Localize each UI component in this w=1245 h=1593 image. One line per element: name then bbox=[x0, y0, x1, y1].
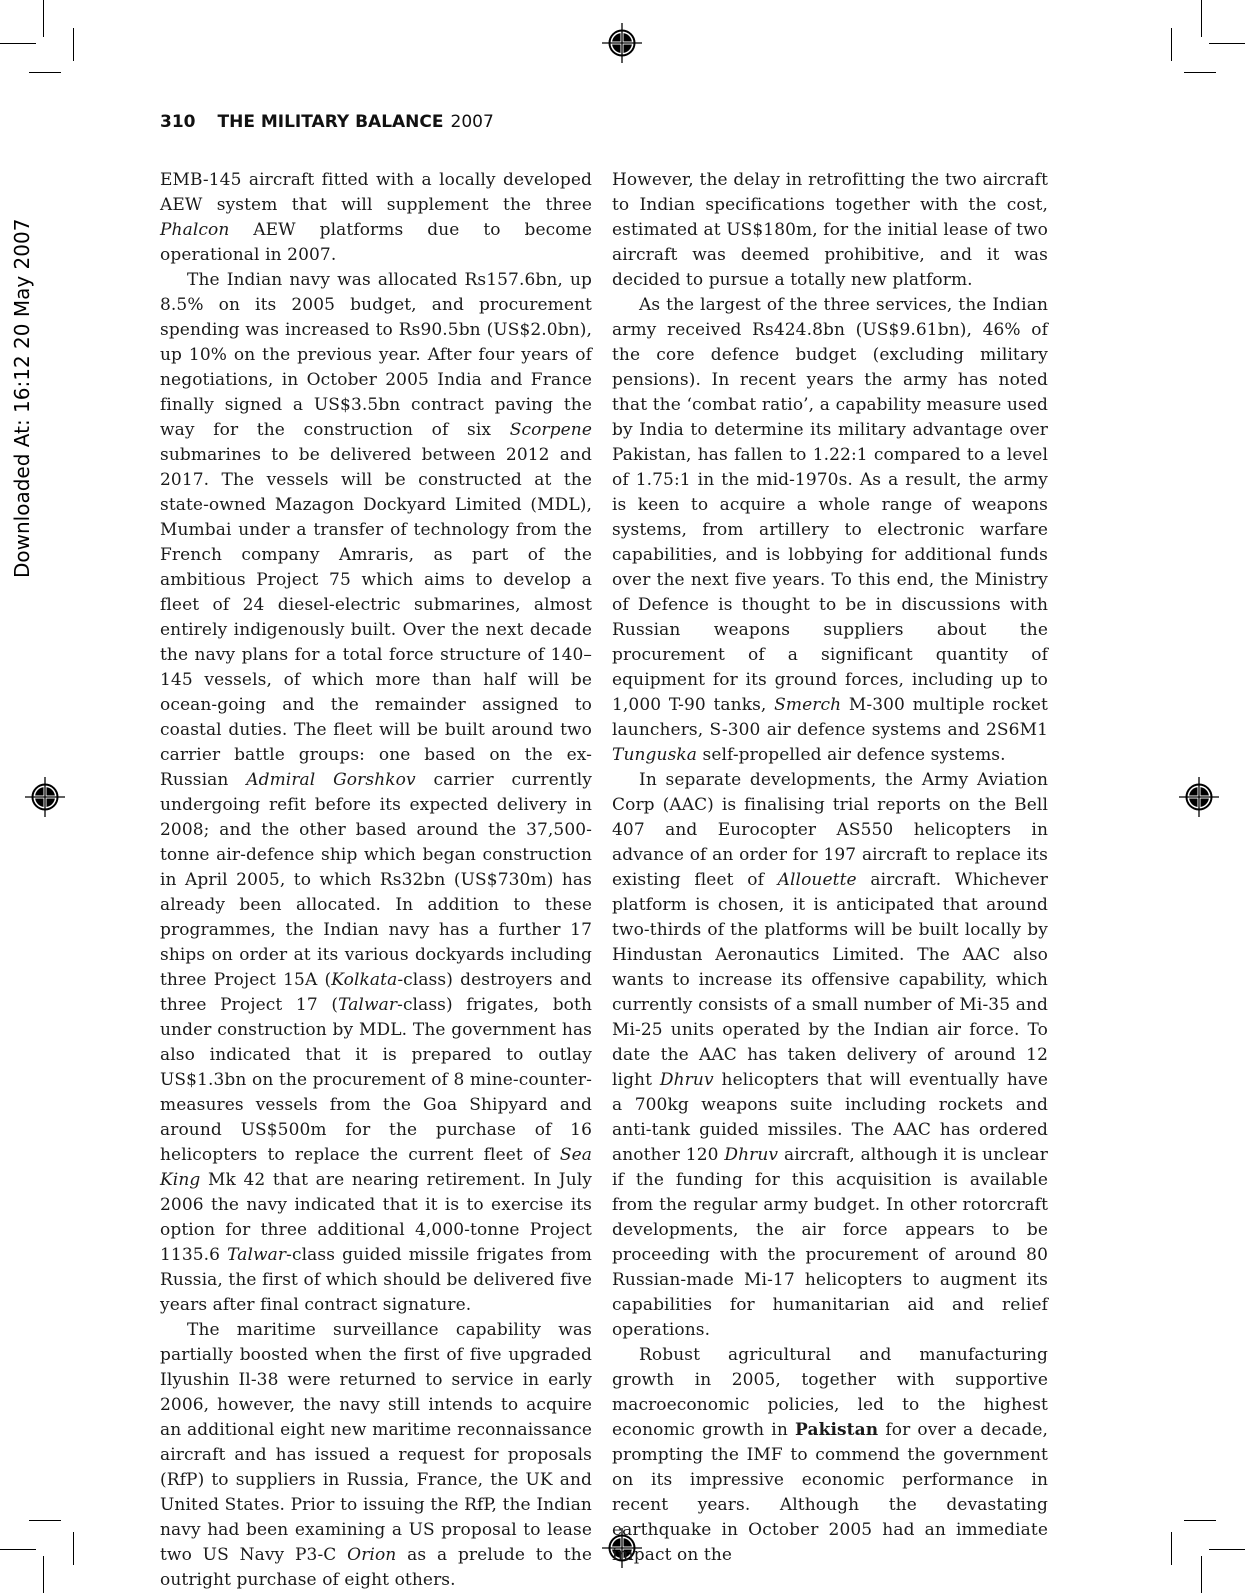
text-segment: self-propelled air defence systems. bbox=[697, 745, 1006, 765]
text-segment: carrier currently undergoing refit befor… bbox=[160, 770, 592, 990]
paragraph: However, the delay in retrofitting the t… bbox=[612, 168, 1048, 293]
crop-mark bbox=[1201, 1556, 1202, 1593]
text-segment: Talwar bbox=[227, 1245, 286, 1265]
crop-mark bbox=[1184, 72, 1216, 73]
paragraph: EMB-145 aircraft fitted with a locally d… bbox=[160, 168, 592, 268]
crop-mark bbox=[73, 1532, 74, 1565]
crop-mark bbox=[1171, 1532, 1172, 1565]
crop-mark bbox=[1209, 1549, 1245, 1550]
text-segment: Smerch bbox=[774, 695, 841, 715]
crop-mark bbox=[29, 72, 61, 73]
text-column-left: EMB-145 aircraft fitted with a locally d… bbox=[160, 168, 592, 1593]
registration-mark-icon bbox=[23, 775, 67, 819]
crop-mark bbox=[1201, 0, 1202, 37]
crop-mark bbox=[1184, 1520, 1216, 1521]
book-year: 2007 bbox=[451, 112, 494, 132]
crop-mark bbox=[0, 1549, 36, 1550]
text-segment: Scorpene bbox=[510, 420, 592, 440]
crop-mark bbox=[0, 43, 36, 44]
text-segment: However, the delay in retrofitting the t… bbox=[612, 170, 1048, 290]
page-number: 310 bbox=[160, 112, 196, 132]
download-timestamp-slug: Downloaded At: 16:12 20 May 2007 bbox=[10, 219, 34, 578]
text-segment: aircraft, although it is unclear if the … bbox=[612, 1145, 1048, 1340]
text-segment: Kolkata bbox=[331, 970, 397, 990]
crop-mark bbox=[1171, 28, 1172, 61]
text-segment: Talwar bbox=[338, 995, 397, 1015]
text-segment: Allouette bbox=[778, 870, 857, 890]
crop-mark bbox=[43, 1556, 44, 1593]
text-segment: submarines to be delivered between 2012 … bbox=[160, 445, 592, 790]
text-segment: -class) frigates, both under constructio… bbox=[160, 995, 592, 1165]
paragraph: The maritime surveillance capability was… bbox=[160, 1318, 592, 1593]
text-segment: EMB-145 aircraft fitted with a locally d… bbox=[160, 170, 592, 215]
text-segment: Phalcon bbox=[160, 220, 229, 240]
text-segment: As the largest of the three services, th… bbox=[612, 295, 1048, 715]
paragraph: As the largest of the three services, th… bbox=[612, 293, 1048, 768]
running-head: 310THE MILITARY BALANCE2007 bbox=[160, 112, 494, 132]
book-title: THE MILITARY BALANCE bbox=[218, 112, 444, 132]
text-segment: The maritime surveillance capability was… bbox=[160, 1320, 592, 1565]
text-segment: Pakistan bbox=[795, 1420, 878, 1440]
paragraph: In separate developments, the Army Aviat… bbox=[612, 768, 1048, 1343]
text-segment: Admiral Gorshkov bbox=[246, 770, 415, 790]
crop-mark bbox=[1209, 43, 1245, 44]
text-segment: The Indian navy was allocated Rs157.6bn,… bbox=[160, 270, 592, 440]
crop-mark bbox=[73, 28, 74, 61]
registration-mark-icon bbox=[600, 21, 644, 65]
crop-mark bbox=[43, 0, 44, 37]
text-column-right: However, the delay in retrofitting the t… bbox=[612, 168, 1048, 1568]
paragraph: The Indian navy was allocated Rs157.6bn,… bbox=[160, 268, 592, 1318]
text-segment: Tunguska bbox=[612, 745, 697, 765]
registration-mark-icon bbox=[1177, 775, 1221, 819]
paragraph: Robust agricultural and manufacturing gr… bbox=[612, 1343, 1048, 1568]
text-segment: aircraft. Whichever platform is chosen, … bbox=[612, 870, 1048, 1090]
text-segment: Dhruv bbox=[660, 1070, 714, 1090]
text-segment: for over a decade, prompting the IMF to … bbox=[612, 1420, 1048, 1565]
text-segment: Dhruv bbox=[724, 1145, 778, 1165]
crop-mark bbox=[29, 1520, 61, 1521]
text-segment: Orion bbox=[347, 1545, 396, 1565]
